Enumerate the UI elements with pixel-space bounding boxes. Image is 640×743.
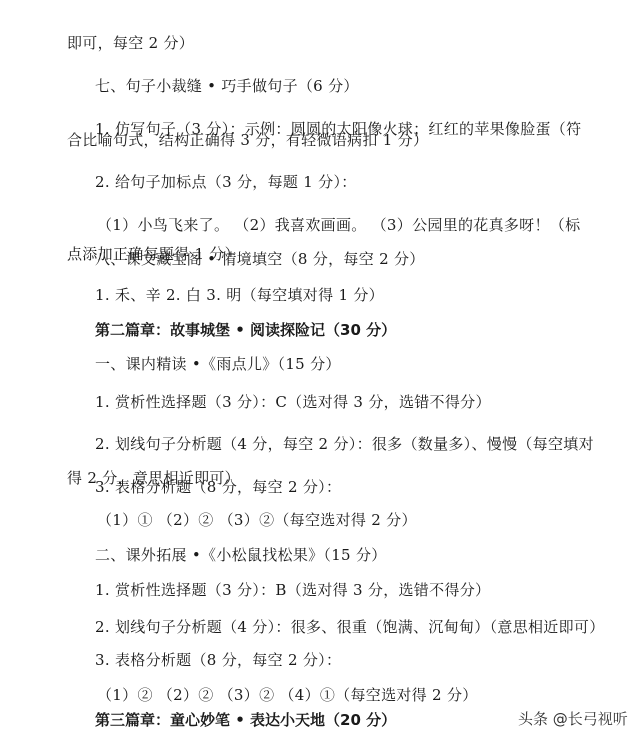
answer-line: 1. 赏析性选择题（3 分）：C（选对得 3 分，选错不得分） <box>95 392 491 412</box>
answer-line: 2. 划线句子分析题（4 分）：很多、很重（饱满、沉甸甸）（意思相近即可） <box>95 617 605 637</box>
answer-line: （1）① （2）② （3）②（每空选对得 2 分） <box>97 510 417 530</box>
section-heading-7: 七、句子小裁缝 • 巧手做句子（6 分） <box>95 76 359 96</box>
answer-line: 2. 给句子加标点（3 分，每题 1 分）： <box>95 172 357 192</box>
document-page: 即可，每空 2 分） 七、句子小裁缝 • 巧手做句子（6 分） 1. 仿写句子（… <box>0 0 640 743</box>
answer-line-continuation: 即可，每空 2 分） <box>67 33 194 53</box>
answer-line-continuation: 合比喻句式，结构正确得 3 分，有轻微语病扣 1 分） <box>67 130 428 150</box>
section-heading-8: 八、课文藏宝阁 • 情境填空（8 分，每空 2 分） <box>95 249 425 269</box>
chapter-heading-3: 第三篇章：童心妙笔 • 表达小天地（20 分） <box>95 710 396 730</box>
answer-line: 3. 表格分析题（8 分，每空 2 分）： <box>95 477 341 497</box>
answer-line: （1）② （2）② （3）② （4）①（每空选对得 2 分） <box>97 685 478 705</box>
subsection-heading: 二、课外拓展 •《小松鼠找松果》（15 分） <box>95 545 387 565</box>
chapter-heading-2: 第二篇章：故事城堡 • 阅读探险记（30 分） <box>95 320 396 340</box>
answer-line: 1. 禾、辛 2. 白 3. 明（每空填对得 1 分） <box>95 285 384 305</box>
answer-line: （1）小鸟飞来了。 （2）我喜欢画画。 （3）公园里的花真多呀！（标 <box>97 215 580 235</box>
watermark: 头条 @长弓视听 <box>518 708 628 729</box>
answer-line: 3. 表格分析题（8 分，每空 2 分）： <box>95 650 341 670</box>
answer-line: 2. 划线句子分析题（4 分，每空 2 分）：很多（数量多）、慢慢（每空填对 <box>95 434 594 454</box>
subsection-heading: 一、课内精读 •《雨点儿》（15 分） <box>95 354 341 374</box>
answer-line: 1. 赏析性选择题（3 分）：B（选对得 3 分，选错不得分） <box>95 580 490 600</box>
